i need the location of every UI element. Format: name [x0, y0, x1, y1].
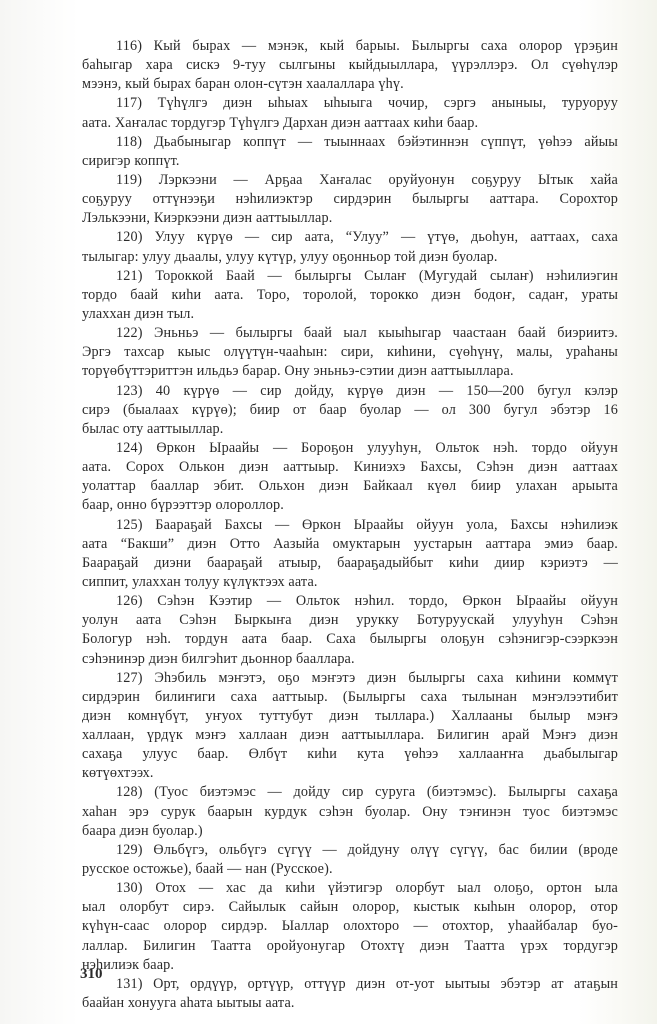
text-line: аата “Бакши” диэн Отто Аазыйа омуктарын … — [82, 535, 618, 554]
footnote-entry-131: 131) Орт, ордүүр, ортүүр, оттүүр диэн от… — [82, 975, 618, 1013]
text-line: сирдэрин билиҥиги саха ааттыыр. (Былыргы… — [82, 688, 618, 707]
footnote-entry-118: 118) Дьабыныгар коппүт — тыыннаах бэйэти… — [82, 133, 618, 171]
text-line: нэһилиэк баар. — [82, 956, 618, 975]
text-line: диэн комнүбүт, уҥуох туттубут диэн тылла… — [82, 707, 618, 726]
text-line: көтүөхтээх. — [82, 764, 618, 783]
text-line: торүөбүттэриттэн ильдьэ барар. Ону эньнь… — [82, 362, 618, 381]
text-line: 127) Эһэбиль мэҥэтэ, оҕо мэҥэтэ диэн был… — [82, 669, 618, 688]
footnote-entry-127: 127) Эһэбиль мэҥэтэ, оҕо мэҥэтэ диэн был… — [82, 669, 618, 784]
text-line: ыал олорбут сирэ. Сайылык сайын олорор, … — [82, 898, 618, 917]
text-line: Баараҕай диэни баараҕай атыыр, баараҕады… — [82, 554, 618, 573]
text-line: мээнэ, кый бырах баран олон-сүтэн хаалал… — [82, 75, 618, 94]
footnote-entry-128: 128) (Туос биэтэмэс — дойду сир суруга (… — [82, 783, 618, 840]
footnote-entry-126: 126) Сэһэн Кээтир — Ольток нэһил. тордо,… — [82, 592, 618, 669]
footnote-entry-130: 130) Отох — хас да киһи үйэтигэр олорбут… — [82, 879, 618, 975]
footnote-entry-123: 123) 40 күрүө — сир дойду, күрүө диэн — … — [82, 382, 618, 439]
text-line: уолун аата Сэһэн Быркыҥа диэн урукку Бот… — [82, 611, 618, 630]
text-line: сирэ (быалаах күрүө); биир от баар буола… — [82, 401, 618, 420]
text-line: баар, онно бүрээттэр олороллор. — [82, 496, 618, 515]
footnote-entry-116: 116) Кый бырах — мэнэк, кый барыы. Былыр… — [82, 37, 618, 94]
text-line: Эргэ тахсар кыыс олүүтүн-чааһын: сири, к… — [82, 343, 618, 362]
text-line: 116) Кый бырах — мэнэк, кый барыы. Былыр… — [82, 37, 618, 56]
text-line: 120) Улуу күрүө — сир аата, “Улуу” — үтү… — [82, 228, 618, 247]
text-line: 119) Лэркээни — Арҕаа Хаҥалас оруйуонун … — [82, 171, 618, 190]
text-line: 128) (Туос биэтэмэс — дойду сир суруга (… — [82, 783, 618, 802]
text-line: сиппит, улаххан толуу күлүктээх аата. — [82, 573, 618, 592]
text-line: аата. Хаҥалас тордугэр Түһүлгэ Дархан ди… — [82, 114, 618, 133]
text-line: соҕуруу оттүнээҕи нэһилиэктэр сирдэрин б… — [82, 190, 618, 209]
text-line: 121) Тороккой Баай — былыргы Сылаҥ (Мугу… — [82, 267, 618, 286]
footnote-entry-129: 129) Өльбүгэ, ольбүгэ сүгүү — дойдуну ол… — [82, 841, 618, 879]
text-line: 124) Өркон Ыраайы — Бороҕон улууһун, Оль… — [82, 439, 618, 458]
text-line: сэһэнинэр диэн билгэһит дьоннор бааллара… — [82, 650, 618, 669]
text-line: аата. Сорох Олькон диэн ааттыыр. Киниэхэ… — [82, 458, 618, 477]
text-line: сахаҕа улуус баар. Өлбүт киһи кута үөһээ… — [82, 745, 618, 764]
text-line: 130) Отох — хас да киһи үйэтигэр олорбут… — [82, 879, 618, 898]
footnote-entry-125: 125) Баараҕай Бахсы — Өркон Ыраайы ойуун… — [82, 516, 618, 593]
footnote-entry-117: 117) Түһүлгэ диэн ыһыах ыһыыга чочир, сэ… — [82, 94, 618, 132]
text-line: баһыгар хара сискэ 9-туу сылгыны кыйдыыл… — [82, 56, 618, 75]
text-line: хаһан эрэ сурук баарын курдук сэһэн буол… — [82, 803, 618, 822]
text-line: улаххан диэн тыл. — [82, 305, 618, 324]
text-line: 123) 40 күрүө — сир дойду, күрүө диэн — … — [82, 382, 618, 401]
text-line: 117) Түһүлгэ диэн ыһыах ыһыыга чочир, сэ… — [82, 94, 618, 113]
text-line: тылыгар: улуу дьаалы, улуу күтүр, улуу о… — [82, 248, 618, 267]
book-page-text: 116) Кый бырах — мэнэк, кый барыы. Былыр… — [82, 37, 618, 1013]
text-line: баара диэн буолар.) — [82, 822, 618, 841]
text-line: 122) Эньньэ — былыргы баай ыал кыыһыгар … — [82, 324, 618, 343]
text-line: тордо баай киһи аата. Торо, торолой, тор… — [82, 286, 618, 305]
text-line: 129) Өльбүгэ, ольбүгэ сүгүү — дойдуну ол… — [82, 841, 618, 860]
text-line: лаллар. Билигин Таатта оройуонугар Отохт… — [82, 937, 618, 956]
footnote-entry-120: 120) Улуу күрүө — сир аата, “Улуу” — үтү… — [82, 228, 618, 266]
text-line: 125) Баараҕай Бахсы — Өркон Ыраайы ойуун… — [82, 516, 618, 535]
text-line: 126) Сэһэн Кээтир — Ольток нэһил. тордо,… — [82, 592, 618, 611]
text-line: баайан хонууга аһата ыытыы аата. — [82, 994, 618, 1013]
footnote-entry-124: 124) Өркон Ыраайы — Бороҕон улууһун, Оль… — [82, 439, 618, 516]
text-line: 118) Дьабыныгар коппүт — тыыннаах бэйэти… — [82, 133, 618, 152]
text-line: Бологур нэһ. тордун аата баар. Саха былы… — [82, 630, 618, 649]
text-line: күһүн-саас олорор сирдэр. Ыаллар олохтор… — [82, 917, 618, 936]
text-line: русское остожье), баай — нан (Русское). — [82, 860, 618, 879]
footnote-entry-121: 121) Тороккой Баай — былыргы Сылаҥ (Мугу… — [82, 267, 618, 324]
text-line: былас оту ааттыыллар. — [82, 420, 618, 439]
text-line: сиригэр коппүт. — [82, 152, 618, 171]
footnote-entry-119: 119) Лэркээни — Арҕаа Хаҥалас оруйуонун … — [82, 171, 618, 228]
text-line: 131) Орт, ордүүр, ортүүр, оттүүр диэн от… — [82, 975, 618, 994]
text-line: уолаттар бааллар эбит. Ольхон диэн Байка… — [82, 477, 618, 496]
text-line: халлаан, үрдүк мэҥэ халлаан диэн ааттыыл… — [82, 726, 618, 745]
page-number: 310 — [80, 966, 103, 983]
footnote-entry-122: 122) Эньньэ — былыргы баай ыал кыыһыгар … — [82, 324, 618, 381]
text-line: Лэлькээни, Киэркээни диэн ааттыыллар. — [82, 209, 618, 228]
